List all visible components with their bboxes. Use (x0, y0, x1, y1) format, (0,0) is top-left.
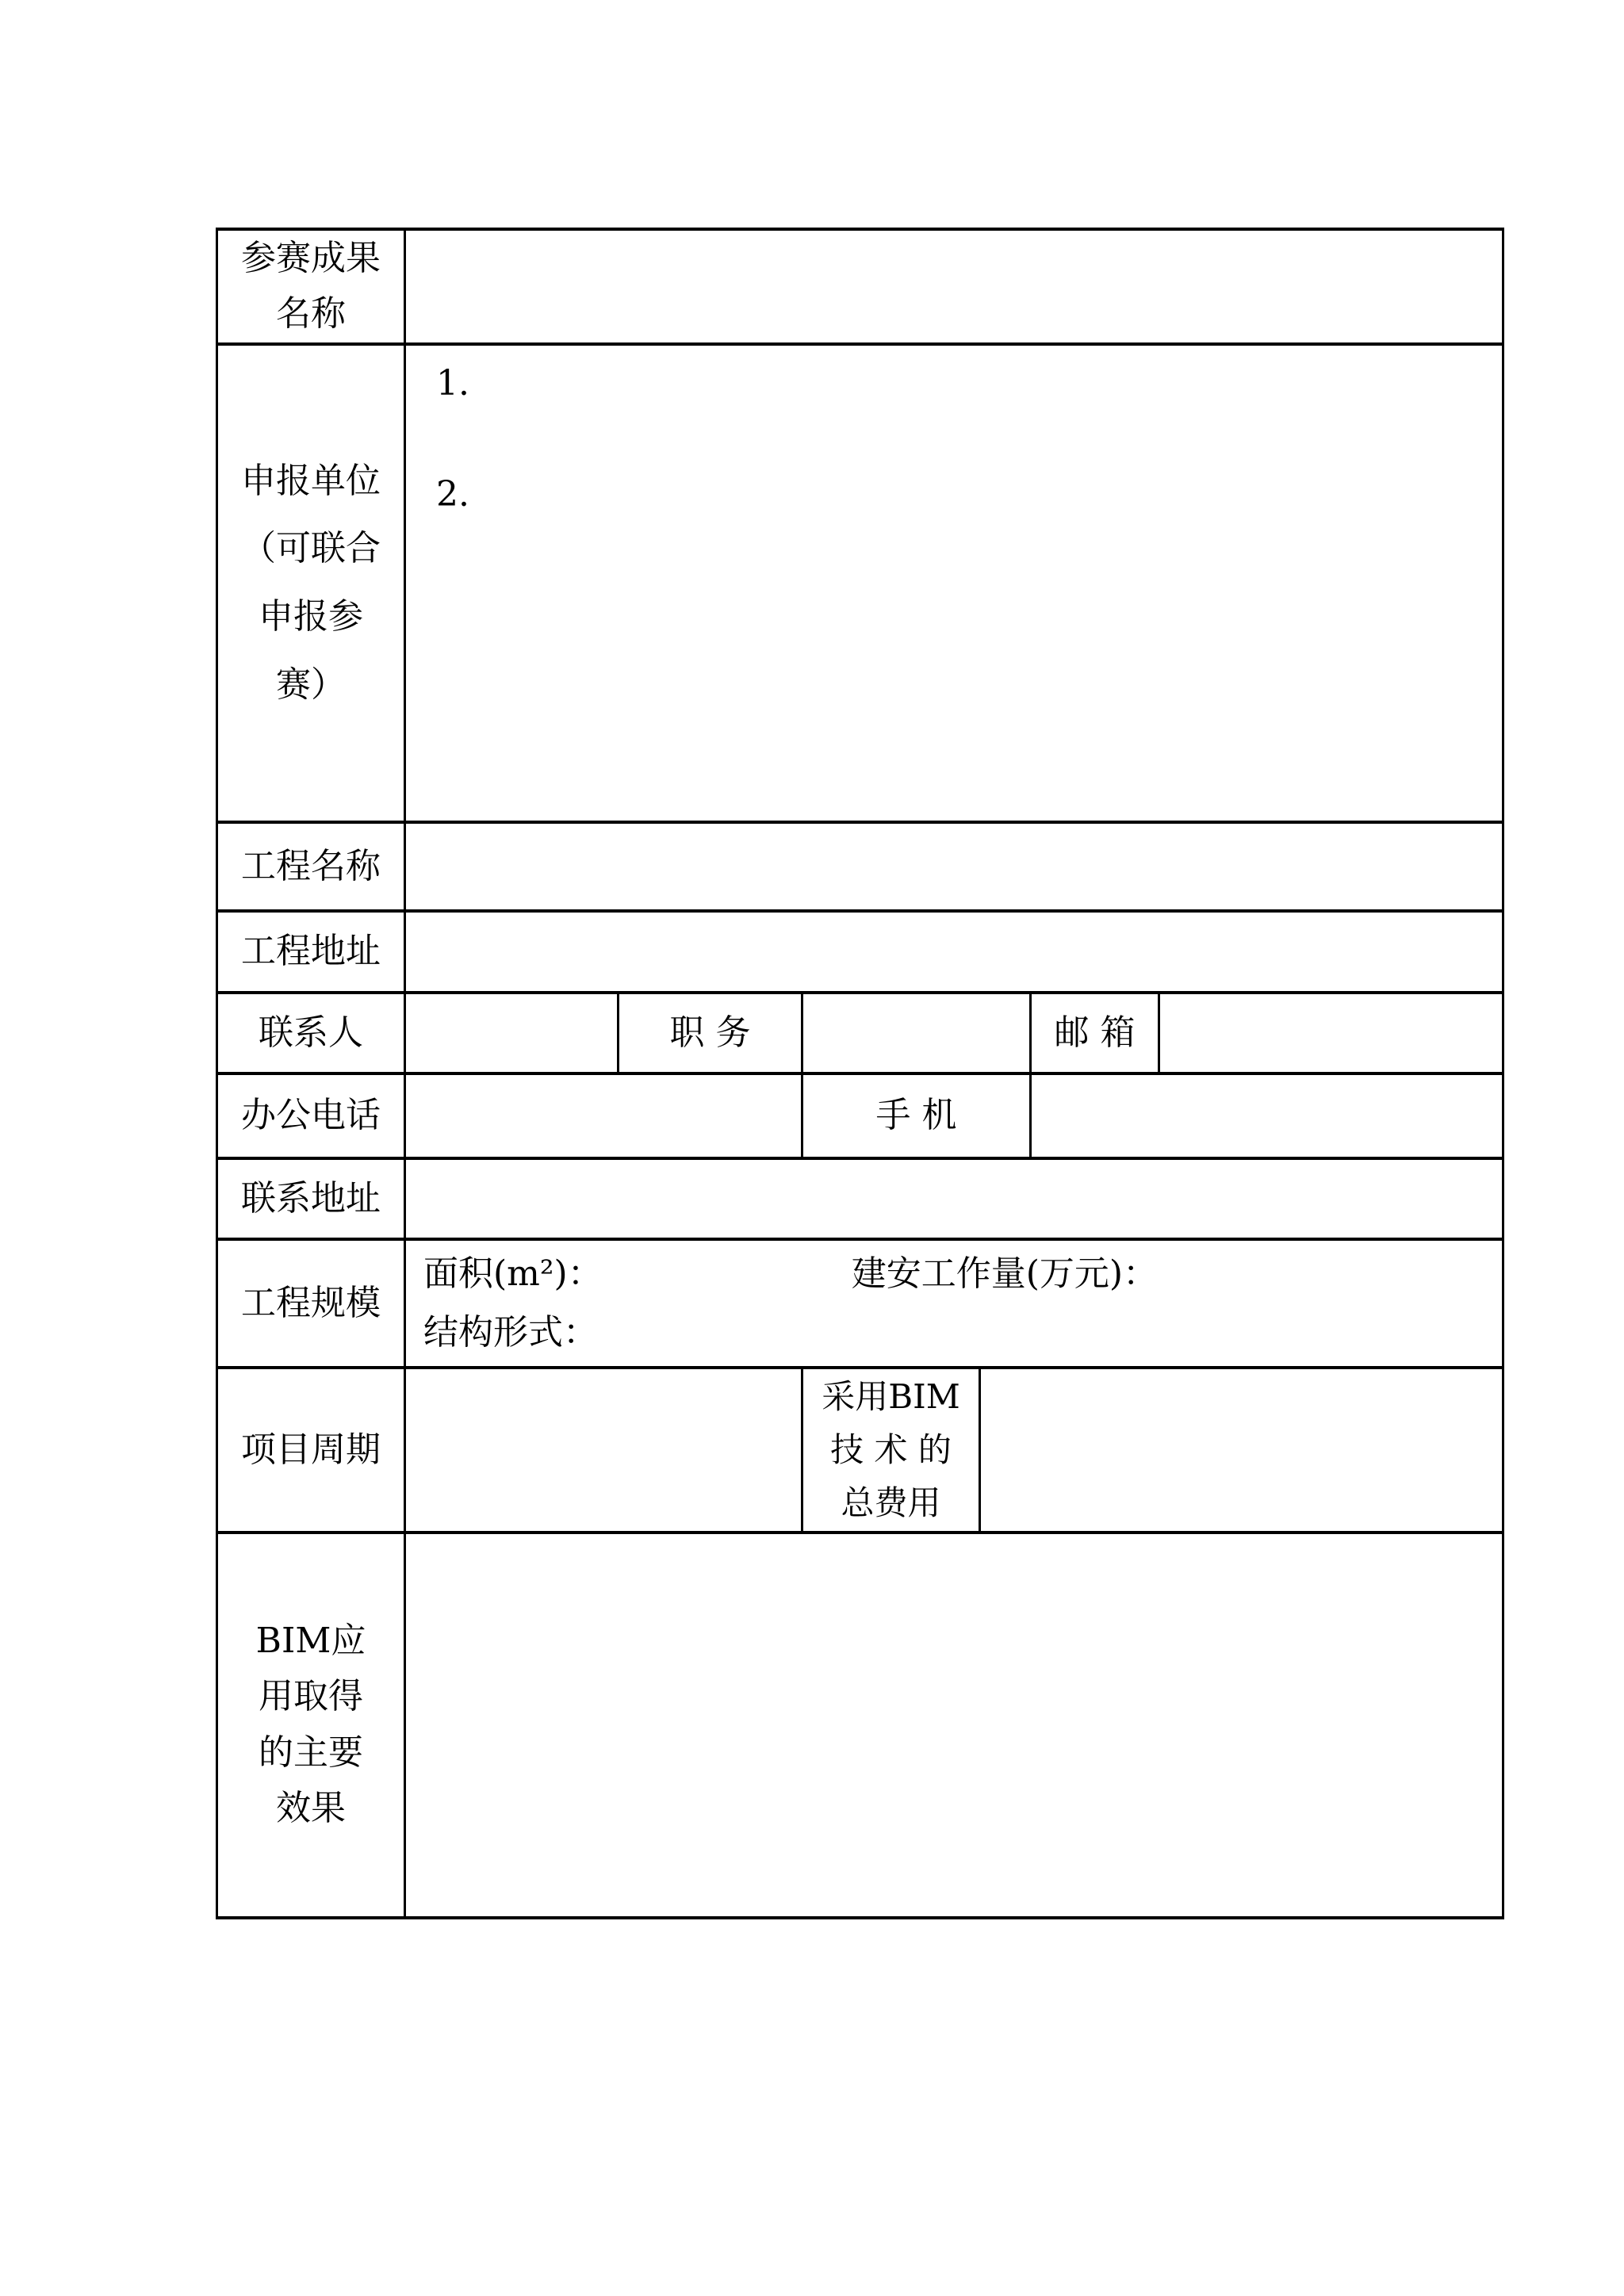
applicant-item-2: 2. (436, 477, 1494, 512)
contact-name-input-cell[interactable] (405, 993, 619, 1073)
area-label: 面积(m²)： (423, 1253, 603, 1294)
structure-type-label: 结构形式： (423, 1312, 598, 1353)
bim-cost-input-cell[interactable] (980, 1368, 1503, 1533)
project-name-input-cell[interactable] (405, 822, 1503, 911)
row-contact-address: 联系地址 (217, 1158, 1503, 1239)
period-input-cell[interactable] (405, 1368, 802, 1533)
office-phone-input-cell[interactable] (405, 1073, 802, 1158)
mobile-label: 手 机 (802, 1073, 1031, 1158)
applicant-items-list: 1. 2. (406, 346, 1502, 512)
mobile-input-cell[interactable] (1031, 1073, 1503, 1158)
applicant-input-cell[interactable]: 1. 2. (405, 344, 1503, 822)
result-name-input-cell[interactable] (405, 229, 1503, 344)
project-address-label: 工程地址 (217, 911, 405, 993)
period-label: 项目周期 (217, 1368, 405, 1533)
row-scale: 工程规模 面积(m²)： 建安工作量(万元)： 结构形式： (217, 1239, 1503, 1368)
bim-cost-label: 采用BIM 技 术 的 总费用 (802, 1368, 980, 1533)
row-applicant: 申报单位 （可联合 申报参 赛） 1. 2. (217, 344, 1503, 822)
email-label: 邮 箱 (1031, 993, 1159, 1073)
project-address-input-cell[interactable] (405, 911, 1503, 993)
scale-label: 工程规模 (217, 1239, 405, 1368)
result-name-label: 参赛成果 名称 (217, 229, 405, 344)
row-bim-effect: BIM应 用取得 的主要 效果 (217, 1533, 1503, 1918)
application-form-table: 参赛成果 名称 申报单位 （可联合 申报参 赛） 1. 2. 工程名称 工程地址… (216, 228, 1504, 1919)
row-phones: 办公电话 手 机 (217, 1073, 1503, 1158)
construction-cost-label: 建安工作量(万元)： (852, 1245, 1158, 1303)
email-input-cell[interactable] (1159, 993, 1503, 1073)
document-page: 参赛成果 名称 申报单位 （可联合 申报参 赛） 1. 2. 工程名称 工程地址… (0, 0, 1624, 2296)
position-input-cell[interactable] (802, 993, 1031, 1073)
contact-address-input-cell[interactable] (405, 1158, 1503, 1239)
row-contact: 联系人 职 务 邮 箱 (217, 993, 1503, 1073)
scale-line-2: 结构形式： (406, 1303, 1502, 1362)
row-project-name: 工程名称 (217, 822, 1503, 911)
row-result-name: 参赛成果 名称 (217, 229, 1503, 344)
project-name-label: 工程名称 (217, 822, 405, 911)
scale-line-1: 面积(m²)： 建安工作量(万元)： (406, 1245, 1502, 1303)
bim-effect-label: BIM应 用取得 的主要 效果 (217, 1533, 405, 1918)
contact-label: 联系人 (217, 993, 405, 1073)
contact-address-label: 联系地址 (217, 1158, 405, 1239)
row-project-address: 工程地址 (217, 911, 1503, 993)
scale-input-cell[interactable]: 面积(m²)： 建安工作量(万元)： 结构形式： (405, 1239, 1503, 1368)
row-period: 项目周期 采用BIM 技 术 的 总费用 (217, 1368, 1503, 1533)
applicant-label: 申报单位 （可联合 申报参 赛） (217, 344, 405, 822)
position-label: 职 务 (619, 993, 802, 1073)
applicant-item-1: 1. (436, 366, 1494, 401)
bim-effect-input-cell[interactable] (405, 1533, 1503, 1918)
office-phone-label: 办公电话 (217, 1073, 405, 1158)
